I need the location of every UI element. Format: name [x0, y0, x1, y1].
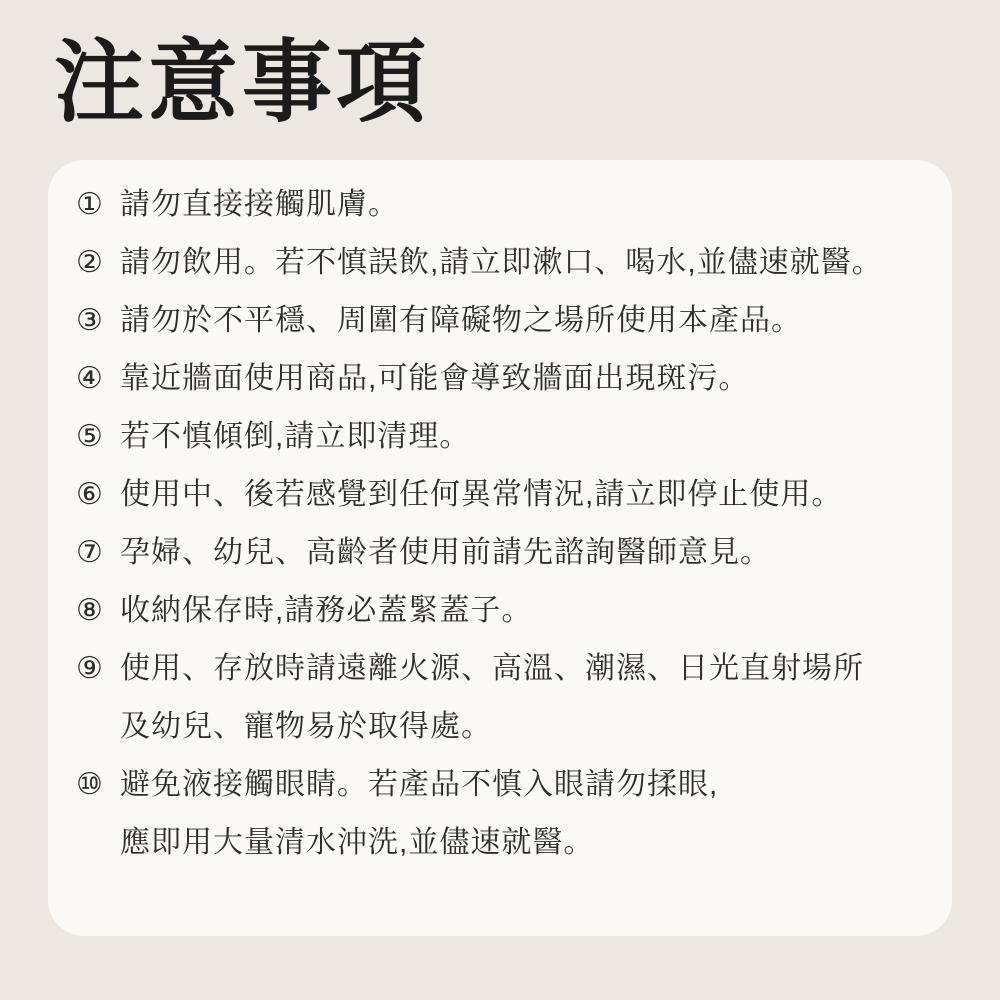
- precautions-page: 注意事項 ① 請勿直接接觸肌膚。 ② 請勿飲用。若不慎誤飲,請立即漱口、喝水,並…: [0, 0, 1000, 1000]
- item-text: 使用、存放時請遠離火源、高溫、潮濕、日光直射場所: [120, 640, 864, 698]
- list-item: ⑨ 使用、存放時請遠離火源、高溫、潮濕、日光直射場所: [76, 640, 924, 698]
- item-number: ④: [76, 350, 120, 408]
- item-text: 請勿飲用。若不慎誤飲,請立即漱口、喝水,並儘速就醫。: [120, 234, 883, 292]
- item-text: 請勿於不平穩、周圍有障礙物之場所使用本產品。: [120, 292, 802, 350]
- list-item: ① 請勿直接接觸肌膚。: [76, 176, 924, 234]
- list-item: ⑥ 使用中、後若感覺到任何異常情況,請立即停止使用。: [76, 466, 924, 524]
- item-number: ①: [76, 176, 120, 234]
- item-text: 收納保存時,請務必蓋緊蓋子。: [120, 582, 532, 640]
- page-title: 注意事項: [54, 34, 430, 133]
- list-item: ⑧ 收納保存時,請務必蓋緊蓋子。: [76, 582, 924, 640]
- item-number: ②: [76, 234, 120, 292]
- item-text: 請勿直接接觸肌膚。: [120, 176, 399, 234]
- precautions-card: ① 請勿直接接觸肌膚。 ② 請勿飲用。若不慎誤飲,請立即漱口、喝水,並儘速就醫。…: [48, 160, 952, 936]
- list-item-continuation: 應即用大量清水沖洗,並儘速就醫。: [76, 814, 924, 872]
- item-number: ⑧: [76, 582, 120, 640]
- list-item-continuation: 及幼兒、寵物易於取得處。: [76, 698, 924, 756]
- list-item: ⑩ 避免液接觸眼睛。若產品不慎入眼請勿揉眼,: [76, 756, 924, 814]
- item-text: 使用中、後若感覺到任何異常情況,請立即停止使用。: [120, 466, 842, 524]
- item-number: ⑥: [76, 466, 120, 524]
- list-item: ⑦ 孕婦、幼兒、高齡者使用前請先諮詢醫師意見。: [76, 524, 924, 582]
- item-number: ⑨: [76, 640, 120, 698]
- item-text: 應即用大量清水沖洗,並儘速就醫。: [120, 814, 594, 872]
- item-text: 孕婦、幼兒、高齡者使用前請先諮詢醫師意見。: [120, 524, 771, 582]
- item-text: 靠近牆面使用商品,可能會導致牆面出現斑污。: [120, 350, 749, 408]
- list-item: ④ 靠近牆面使用商品,可能會導致牆面出現斑污。: [76, 350, 924, 408]
- item-text: 及幼兒、寵物易於取得處。: [120, 698, 492, 756]
- item-number: ⑩: [76, 756, 120, 814]
- item-number: ⑤: [76, 408, 120, 466]
- item-number: ③: [76, 292, 120, 350]
- list-item: ② 請勿飲用。若不慎誤飲,請立即漱口、喝水,並儘速就醫。: [76, 234, 924, 292]
- item-number: ⑦: [76, 524, 120, 582]
- list-item: ③ 請勿於不平穩、周圍有障礙物之場所使用本產品。: [76, 292, 924, 350]
- item-text: 避免液接觸眼睛。若產品不慎入眼請勿揉眼,: [120, 756, 718, 814]
- item-text: 若不慎傾倒,請立即清理。: [120, 408, 470, 466]
- list-item: ⑤ 若不慎傾倒,請立即清理。: [76, 408, 924, 466]
